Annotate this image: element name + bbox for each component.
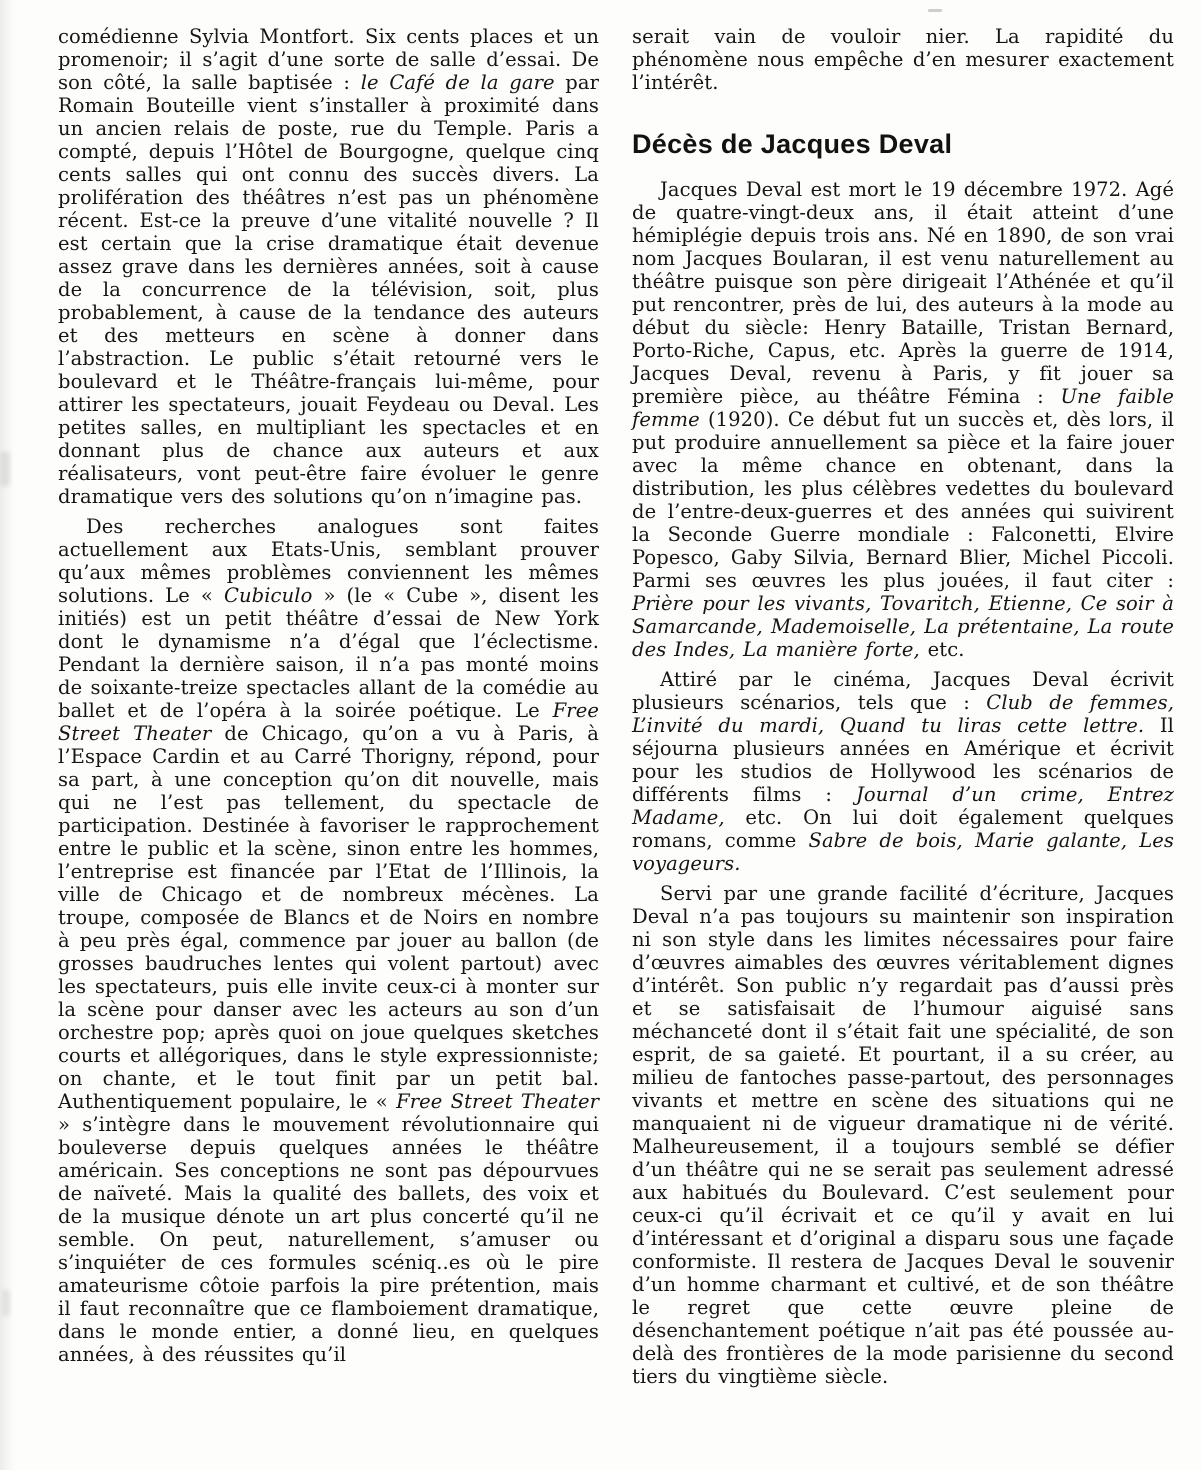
paragraph: serait vain de vouloir nier. La rapidité…: [632, 25, 1174, 94]
italic-run: Cubiculo: [224, 584, 312, 607]
paragraph: Attiré par le cinéma, Jacques Deval écri…: [632, 668, 1174, 875]
right-column: serait vain de vouloir nier. La rapidité…: [632, 25, 1174, 1470]
italic-run: Prière pour les vivants, Tovaritch, Etie…: [632, 592, 1174, 661]
text-run: par Romain Bouteille vient s’installer à…: [58, 71, 599, 508]
paragraph: Des recherches analogues sont faites act…: [58, 515, 599, 1366]
left-column: comédienne Sylvia Montfort. Six cents pl…: [58, 25, 599, 1470]
paragraph: Jacques Deval est mort le 19 décembre 19…: [632, 178, 1174, 661]
paragraph: Servi par une grande facilité d’écriture…: [632, 882, 1174, 1388]
text-run: » s’intègre dans le mouvement révolution…: [58, 1113, 599, 1366]
right-column-intro: serait vain de vouloir nier. La rapidité…: [632, 25, 1174, 94]
italic-run: Free Street Theater: [396, 1090, 599, 1113]
right-column-body: Jacques Deval est mort le 19 décembre 19…: [632, 178, 1174, 1388]
article-page: comédienne Sylvia Montfort. Six cents pl…: [0, 0, 1202, 1470]
paragraph: comédienne Sylvia Montfort. Six cents pl…: [58, 25, 599, 508]
text-run: de Chicago, qu’on a vu à Paris, à l’Espa…: [58, 722, 599, 1113]
text-run: etc.: [920, 638, 965, 661]
text-run: Jacques Deval est mort le 19 décembre 19…: [632, 178, 1174, 408]
text-run: Servi par une grande facilité d’écriture…: [632, 882, 1174, 1388]
italic-run: le Café de la gare: [361, 71, 555, 94]
section-heading: Décès de Jacques Deval: [632, 129, 1174, 159]
text-run: serait vain de vouloir nier. La rapidité…: [632, 25, 1174, 94]
text-run: (1920). Ce début fut un succès et, dès l…: [632, 408, 1174, 592]
